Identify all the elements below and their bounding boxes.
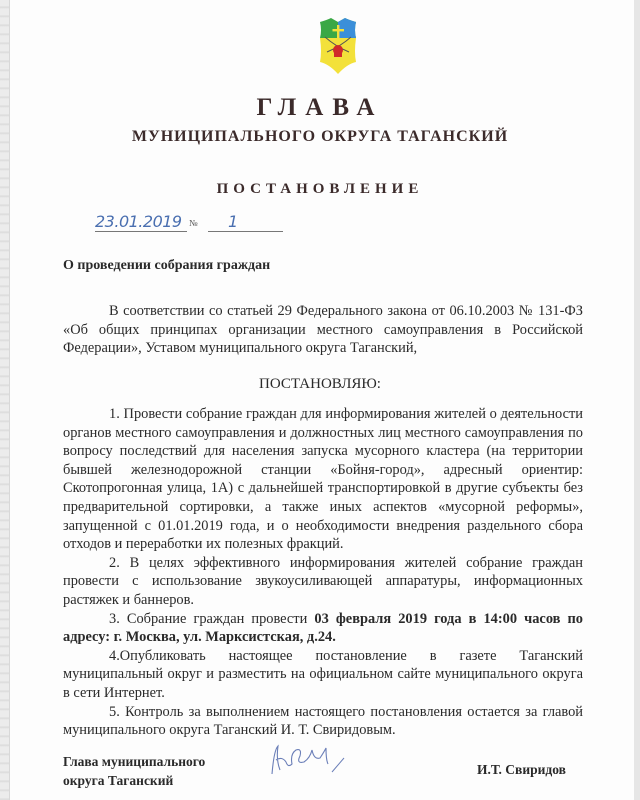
decree-item-3: 3. Собрание граждан провести 03 февраля … [63, 610, 583, 647]
number-label: № [189, 218, 198, 228]
preamble-paragraph: В соответствии со статьей 29 Федеральног… [63, 302, 583, 358]
handwritten-number: 1 [208, 212, 283, 232]
document-subject: О проведении собрания граждан [63, 258, 270, 274]
position-line-2: округа Таганский [63, 771, 205, 790]
decree-item-2: 2. В целях эффективного информирования ж… [63, 554, 583, 610]
decree-items: 1. Провести собрание граждан для информи… [63, 405, 583, 740]
decree-item-4: 4.Опубликовать настоящее постановление в… [63, 647, 583, 703]
decree-heading: ПОСТАНОВЛЯЮ: [0, 376, 640, 393]
decree-item-5: 5. Контроль за выполнением настоящего по… [63, 703, 583, 740]
decree-item-1: 1. Провести собрание граждан для информи… [63, 405, 583, 554]
item-3-prefix: 3. Собрание граждан провести [109, 611, 314, 627]
handwritten-signature-icon [266, 740, 356, 780]
document-type: ПОСТАНОВЛЕНИЕ [0, 181, 640, 198]
handwritten-date: 23.01.2019 [95, 212, 187, 232]
header-title: ГЛАВА [0, 94, 640, 122]
signatory-name: И.Т. Свиридов [477, 762, 566, 778]
signatory-position: Глава муниципального округа Таганский [63, 752, 205, 790]
position-line-1: Глава муниципального [63, 752, 205, 771]
header-subtitle: МУНИЦИПАЛЬНОГО ОКРУГА ТАГАНСКИЙ [0, 128, 640, 146]
municipal-coat-of-arms-icon [317, 18, 359, 74]
